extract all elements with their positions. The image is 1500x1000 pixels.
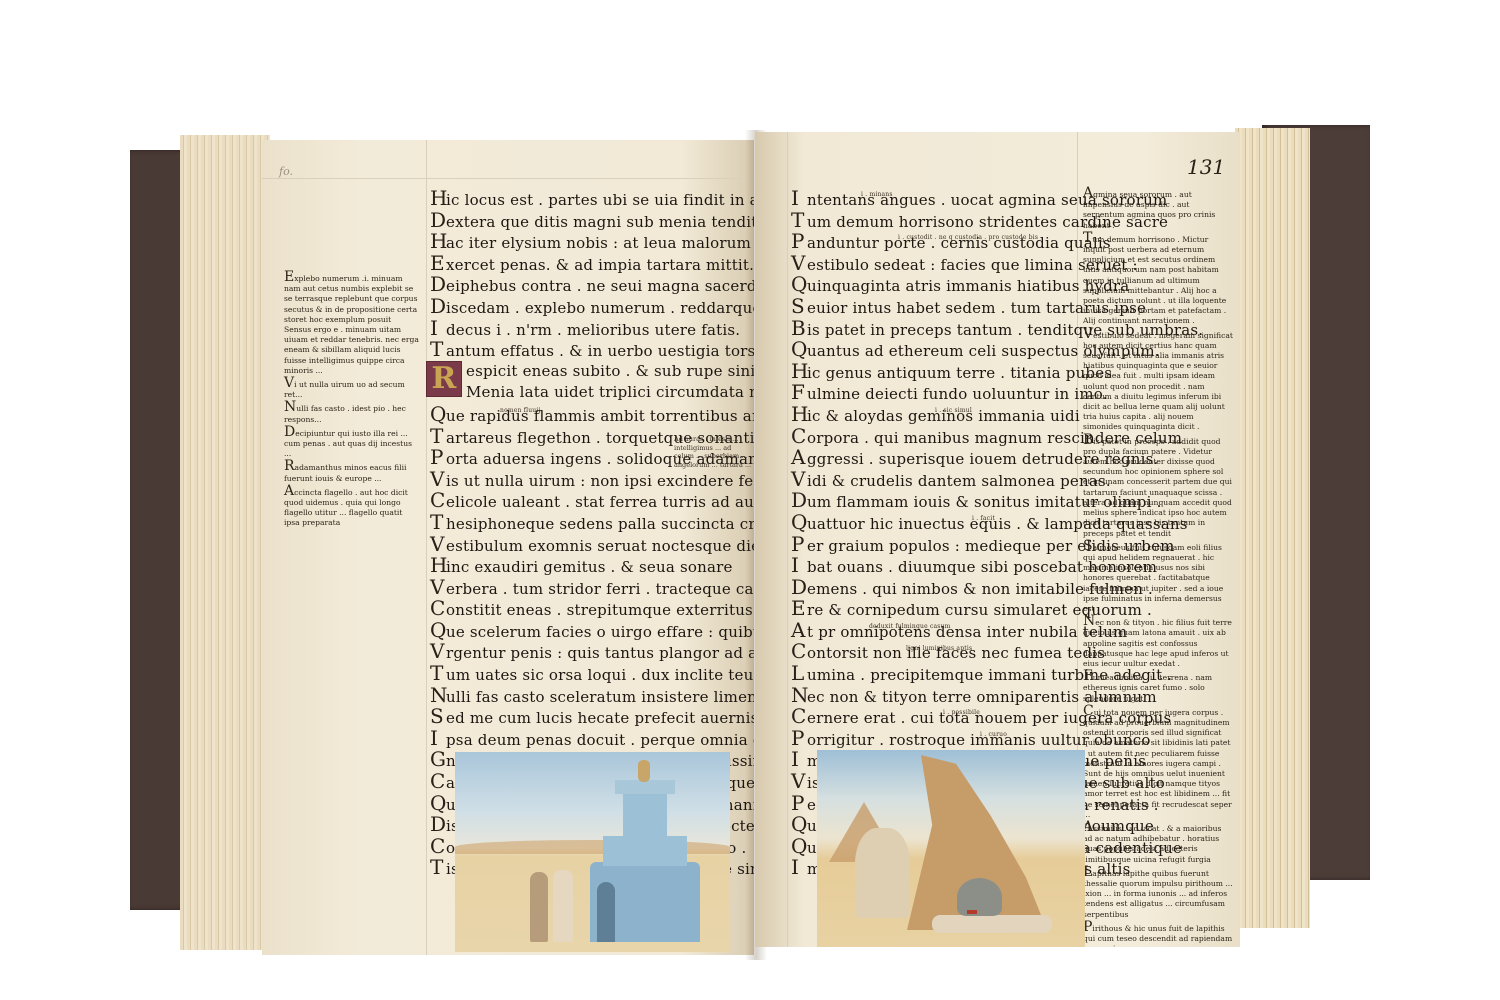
commentary-initial: S — [1083, 538, 1093, 554]
versal-initial: Q — [430, 620, 446, 642]
versal-initial: D — [430, 296, 446, 318]
commentary-initial: V — [284, 375, 294, 391]
commentary-text: ui tota nouem per iugera corpus . quidam… — [1083, 708, 1232, 819]
versal-initial: C — [791, 706, 807, 728]
verse-line: Nec non & tityon terre omniparentis alum… — [791, 685, 1091, 707]
versal-initial: V — [430, 534, 446, 556]
verse-line: Hac iter elysium nobis : at leua malorum — [430, 231, 750, 253]
verse-line: Sed me cum lucis hecate prefecit auernis… — [430, 706, 750, 728]
desert-hills — [455, 840, 730, 854]
verse-text: is ut nulla uirum : non ipsi excindere f… — [446, 472, 754, 490]
commentary-paragraph: Pirithous & hic unus fuit de lapithis qu… — [1083, 922, 1233, 947]
commentary-initial: R — [284, 458, 295, 474]
right-commentary-column: Agmina seua sororum . aut impensius de a… — [1083, 188, 1233, 947]
commentary-initial: T — [1083, 230, 1092, 246]
commentary-initial: N — [284, 399, 296, 415]
commentary-text: ccincta flagello . aut hoc dicit quod ui… — [284, 488, 408, 528]
versal-initial: G — [430, 749, 446, 771]
versal-initial: C — [430, 598, 446, 620]
versal-initial: T — [791, 210, 807, 232]
tisiphone-figure — [638, 760, 650, 782]
right-folio-number: 131 — [1187, 155, 1225, 179]
commentary-paragraph: Tum demum horrisono . Mictur inquit post… — [1083, 233, 1233, 327]
versal-initial: C — [430, 771, 446, 793]
commentary-paragraph: Radamanthus minos eacus filii fuerunt io… — [284, 461, 419, 483]
versal-initial: T — [430, 663, 446, 685]
verse-text: ac iter elysium nobis : at leua malorum — [446, 234, 751, 252]
verse-text: psa deum penas docuit . perque omnia dux… — [446, 731, 754, 749]
verse-text: ue rapidus flammis ambit torrentibus amn… — [446, 407, 754, 425]
verse-line: Verbera . tum stridor ferri . tracteque … — [430, 577, 750, 599]
left-page: fo. Explebo numerum .i. minuam nam aut c… — [262, 140, 754, 955]
tower-middle — [603, 836, 687, 866]
versal-initial: Q — [430, 793, 446, 815]
versal-initial: E — [791, 598, 807, 620]
commentary-text: estibulo sedeat . megeram significat hoc… — [1083, 331, 1233, 432]
tower-crown — [615, 780, 675, 794]
commentary-initial: E — [284, 269, 294, 285]
commentary-paragraph: Vi ut nulla uirum uo ad secum ret... — [284, 378, 419, 400]
versal-initial: H — [791, 361, 807, 383]
verse-text: Menia lata uidet triplici circumdata mur… — [466, 383, 754, 401]
versal-initial: B — [791, 318, 807, 340]
verse-text: antum effatus . & in uerbo uestigia tors… — [446, 342, 754, 360]
versal-initial: I — [791, 857, 807, 879]
versal-initial: S — [791, 296, 807, 318]
left-folio: fo. — [279, 165, 293, 178]
commentary-text: apithas lapithe quibus fuerunt thessalie… — [1083, 869, 1233, 919]
verse-line: Quattuor hic inuectus equis . & lampada … — [791, 512, 1091, 534]
versal-initial: Q — [791, 836, 807, 858]
commentary-initial: B — [1083, 432, 1093, 448]
commentary-text: adamanthus minos eacus filii fuerunt iou… — [284, 463, 406, 482]
commentary-paragraph: Explebo numerum .i. minuam nam aut cetus… — [284, 272, 419, 376]
commentary-text: xplebo numerum .i. minuam nam aut cetus … — [284, 274, 419, 375]
commentary-text: irithous & hic unus fuit de lapithis qui… — [1083, 924, 1232, 947]
verse-text: erbera . tum stridor ferri . tracteque c… — [446, 580, 754, 598]
ruling-line — [787, 132, 788, 947]
verse-line: Intentans angues . uocat agmina seua sor… — [791, 188, 1091, 210]
tower-top — [623, 790, 667, 838]
verse-line: Vidi & crudelis dantem salmonea penas. — [791, 469, 1091, 491]
versal-initial: T — [430, 426, 446, 448]
verse-line: Lumina . precipitemque immani turbine ad… — [791, 663, 1091, 685]
verse-text: estibulum exomnis seruat noctesque diesq… — [446, 537, 754, 555]
versal-initial: F — [791, 382, 807, 404]
verse-line: Ibat ouans . diuumque sibi poscebat hono… — [791, 555, 1091, 577]
commentary-text: almoneus fuit cuiusdam eoli filius qui a… — [1083, 543, 1223, 613]
ruling-line — [262, 178, 754, 179]
verse-line: Vis ut nulla uirum : non ipsi excindere … — [430, 469, 750, 491]
versal-initial: P — [791, 793, 807, 815]
versal-initial: I — [791, 188, 807, 210]
verse-text: rgentur penis : quis tantus plangor ad a… — [446, 644, 754, 662]
verse-text: xercet penas. & ad impia tartara mittit. — [446, 256, 754, 274]
commentary-paragraph: Cui tota nouem per iugera corpus . quida… — [1083, 706, 1233, 820]
interlinear-gloss: i . curuo — [980, 724, 1007, 746]
side-note: Ad auras . infesti ... intelligimus ... … — [674, 435, 752, 469]
versal-initial: T — [430, 857, 446, 879]
interlinear-gloss: i . minans — [861, 184, 893, 206]
verse-text: onstitit eneas . strepitumque exterritus… — [446, 601, 754, 619]
verse-line: Tum uates sic orsa loqui . dux inclite t… — [430, 663, 750, 685]
commentary-paragraph: Decipiuntur qui iusto illa rei ... cum p… — [284, 427, 419, 460]
versal-initial: I — [430, 728, 446, 750]
verse-line: Aggressi . superisque iouem detrudere re… — [791, 447, 1091, 469]
versal-initial: T — [430, 512, 446, 534]
versal-initial: C — [791, 641, 807, 663]
verse-text: espicit eneas subito . & sub rupe sinist… — [466, 362, 754, 380]
verse-line: Cernere erat . cui tota nouem per iugera… — [791, 706, 1091, 728]
verse-line: Exercet penas. & ad impia tartara mittit… — [430, 253, 750, 275]
verse-text: hesiphoneque sedens palla succincta crue… — [446, 515, 754, 533]
page-edges-right — [1235, 128, 1310, 928]
versal-initial: C — [430, 836, 446, 858]
tower-door — [597, 882, 615, 942]
versal-initial: P — [430, 447, 446, 469]
verse-line: Hinc exaudiri gemitus . & seua sonare — [430, 555, 750, 577]
versal-initial: V — [791, 469, 807, 491]
commentary-text: i ut nulla uirum uo ad secum ret... — [284, 380, 405, 399]
versal-initial: V — [791, 253, 807, 275]
commentary-text: ssimilis . ad iacat . & a maioribus ad a… — [1083, 824, 1221, 864]
verse-line: Respicit eneas subito . & sub rupe sinis… — [430, 361, 750, 383]
verse-text: eiphebus contra . ne seui magna sacerdos — [446, 277, 754, 295]
commentary-initial: N — [1083, 613, 1095, 629]
versal-initial: V — [791, 771, 807, 793]
verse-line: Celicole ualeant . stat ferrea turris ad… — [430, 490, 750, 512]
commentary-text: ec non & tityon . hic filius fuit terre … — [1083, 618, 1232, 668]
aeneas-figure — [530, 872, 548, 942]
verse-line: Deiphebus contra . ne seui magna sacerdo… — [430, 274, 750, 296]
verse-text: elicole ualeant . stat ferrea turris ad … — [446, 493, 754, 511]
verse-line: Quantus ad ethereum celi suspectus olymp… — [791, 339, 1091, 361]
versal-initial: V — [430, 469, 446, 491]
commentary-paragraph: Accincta flagello . aut hoc dicit quod u… — [284, 486, 419, 529]
versal-initial: C — [791, 426, 807, 448]
verse-line: Tantum effatus . & in uerbo uestigia tor… — [430, 339, 750, 361]
commentary-initial: D — [284, 424, 295, 440]
commentary-paragraph: Nec non & tityon . hic filius fuit terre… — [1083, 616, 1233, 669]
versal-initial: E — [430, 253, 446, 275]
commentary-text: gmina seua sororum . aut impensius de as… — [1083, 190, 1215, 230]
right-page: 131 Intentans angues . uocat agmina seua… — [755, 132, 1240, 947]
commentary-paragraph: Nulli fas casto . idest pio . hec respon… — [284, 402, 419, 424]
versal-initial: D — [430, 274, 446, 296]
versal-initial: Q — [791, 814, 807, 836]
verse-text: extera que ditis magni sub menia tendit. — [446, 213, 754, 231]
interlinear-gloss: nomen fluuij — [500, 400, 541, 422]
interlinear-gloss: i . custodit . ne q custodia . pro custo… — [898, 227, 1038, 249]
versal-initial: V — [430, 577, 446, 599]
versal-initial: L — [791, 663, 807, 685]
verse-line: Idecus i . n'rm . melioribus utere fatis… — [430, 318, 750, 340]
versal-initial: Q — [791, 339, 807, 361]
verse-line: Hic genus antiquum terre . titania pubes — [791, 361, 1091, 383]
verse-line: Bis patet in preceps tantum . tenditque … — [791, 318, 1091, 340]
versal-initial: A — [791, 447, 807, 469]
commentary-initial: A — [284, 483, 294, 499]
versal-initial: D — [430, 210, 446, 232]
verse-line: Dum flammam iouis & sonitus imitatur oli… — [791, 490, 1091, 512]
miniature-tower-of-tartarus — [455, 752, 730, 952]
verse-text: ic genus antiquum terre . titania pubes — [807, 364, 1112, 382]
verse-text: um uates sic orsa loqui . dux inclite te… — [446, 666, 754, 684]
versal-initial: S — [430, 706, 446, 728]
verse-line: Ipsa deum penas docuit . perque omnia du… — [430, 728, 750, 750]
verse-text: ic locus est . partes ubi se uia findit … — [446, 191, 754, 209]
commentary-initial: F — [1083, 668, 1093, 684]
commentary-paragraph: Salmoneus fuit cuiusdam eoli filius qui … — [1083, 541, 1233, 614]
versal-initial: D — [430, 814, 446, 836]
verse-line: Vestibulum exomnis seruat noctesque dies… — [430, 534, 750, 556]
versal-initial: A — [791, 620, 807, 642]
commentary-initial: V — [1083, 326, 1093, 342]
versal-initial: H — [430, 188, 446, 210]
verse-line: Quinquaginta atris immanis hiatibus hydr… — [791, 274, 1091, 296]
versal-initial: P — [791, 534, 807, 556]
ruling-line — [426, 140, 427, 955]
versal-initial: H — [430, 555, 446, 577]
verse-line: Porrigitur . rostroque immanis uultur ob… — [791, 728, 1091, 750]
versal-initial: H — [430, 231, 446, 253]
commentary-paragraph: Bis patet in preceps . addidit quod pro … — [1083, 435, 1233, 539]
versal-initial: D — [791, 577, 807, 599]
commentary-paragraph: Vestibulo sedeat . megeram significat ho… — [1083, 329, 1233, 433]
versal-initial: D — [791, 490, 807, 512]
verse-line: Corpora . qui manibus magnum rescindere … — [791, 426, 1091, 448]
commentary-paragraph: Agmina seua sororum . aut impensius de a… — [1083, 188, 1233, 231]
versal-initial: N — [430, 685, 446, 707]
interlinear-gloss: i . sic simul — [935, 400, 972, 422]
verse-line: Que scelerum facies o uirgo effare : qui… — [430, 620, 750, 642]
verse-text: ulli fas casto sceleratum insistere lime… — [446, 688, 754, 706]
versal-initial: Q — [791, 274, 807, 296]
verse-line: Seuior intus habet sedem . tum tartarus … — [791, 296, 1091, 318]
versal-initial: I — [430, 318, 446, 340]
miniature-tityos-and-giants — [817, 750, 1085, 947]
commentary-paragraph: Fumea lumina . i . terrena . nam ethereu… — [1083, 671, 1233, 704]
verse-text: iscedam . explebo numerum . reddarque te… — [446, 299, 754, 317]
commentary-text: is patet in preceps . addidit quod pro d… — [1083, 437, 1232, 538]
verse-text: decus i . n'rm . melioribus utere fatis. — [446, 321, 740, 339]
versal-initial: T — [430, 339, 446, 361]
versal-initial: N — [791, 685, 807, 707]
verse-line: Menia lata uidet triplici circumdata mur… — [430, 382, 750, 404]
verse-text: ue scelerum facies o uirgo effare : quib… — [446, 623, 754, 641]
interlinear-gloss: i . possibile — [943, 702, 980, 724]
commentary-text: ulli fas casto . idest pio . hec respons… — [284, 404, 406, 423]
versal-initial: I — [791, 555, 807, 577]
commentary-paragraph: Lapithas lapithe quibus fuerunt thessali… — [1083, 867, 1233, 920]
commentary-text: umea lumina . i . terrena . nam ethereus… — [1083, 673, 1212, 702]
versal-initial: C — [430, 490, 446, 512]
tityos-figure — [932, 915, 1052, 933]
aloidae-giants — [855, 828, 910, 918]
versal-initial: I — [791, 749, 807, 771]
versal-initial: Q — [430, 404, 446, 426]
vulture — [957, 878, 1002, 916]
page-edges-left — [180, 135, 270, 950]
commentary-initial: A — [1083, 185, 1093, 201]
verse-text: idi & crudelis dantem salmonea penas. — [807, 472, 1111, 490]
verse-line: Per graium populos : medieque per elidis… — [791, 534, 1091, 556]
versal-initial: H — [791, 404, 807, 426]
versal-initial: V — [430, 641, 446, 663]
wound — [967, 910, 977, 914]
verse-line: Constitit eneas . strepitumque exterritu… — [430, 598, 750, 620]
left-commentary-column: Explebo numerum .i. minuam nam aut cetus… — [284, 272, 419, 531]
commentary-initial: C — [1083, 703, 1094, 719]
verse-line: Demens . qui nimbos & non imitabile fulm… — [791, 577, 1091, 599]
sibyl-figure — [553, 870, 573, 942]
interlinear-gloss: deduxit fulminque casum — [869, 616, 951, 638]
commentary-text: um demum horrisono . Mictur inquit post … — [1083, 235, 1226, 326]
verse-line: Hic locus est . partes ubi se uia findit… — [430, 188, 750, 210]
commentary-paragraph: Assimilis . ad iacat . & a maioribus ad … — [1083, 822, 1233, 865]
verse-text: ed me cum lucis hecate prefecit auernis … — [446, 709, 754, 727]
versal-initial: Q — [791, 512, 807, 534]
verse-text: uinquaginta atris immanis hiatibus hydra — [807, 277, 1129, 295]
interlinear-gloss: ligni luminibus aptis — [906, 638, 972, 660]
versal-initial: P — [791, 728, 807, 750]
commentary-text: ecipiuntur qui iusto illa rei ... cum pe… — [284, 429, 412, 458]
verse-line: Vrgentur penis : quis tantus plangor ad … — [430, 641, 750, 663]
verse-line: Vestibulo sedeat : facies que limina ser… — [791, 253, 1091, 275]
verse-line: Nulli fas casto sceleratum insistere lim… — [430, 685, 750, 707]
verse-text: inc exaudiri gemitus . & seua sonare — [446, 558, 733, 576]
verse-line: Que rapidus flammis ambit torrentibus am… — [430, 404, 750, 426]
verse-line: Discedam . explebo numerum . reddarque t… — [430, 296, 750, 318]
verse-line: Thesiphoneque sedens palla succincta cru… — [430, 512, 750, 534]
interlinear-gloss: i . facit — [972, 508, 995, 530]
versal-initial: P — [791, 231, 807, 253]
verse-line: Dextera que ditis magni sub menia tendit… — [430, 210, 750, 232]
